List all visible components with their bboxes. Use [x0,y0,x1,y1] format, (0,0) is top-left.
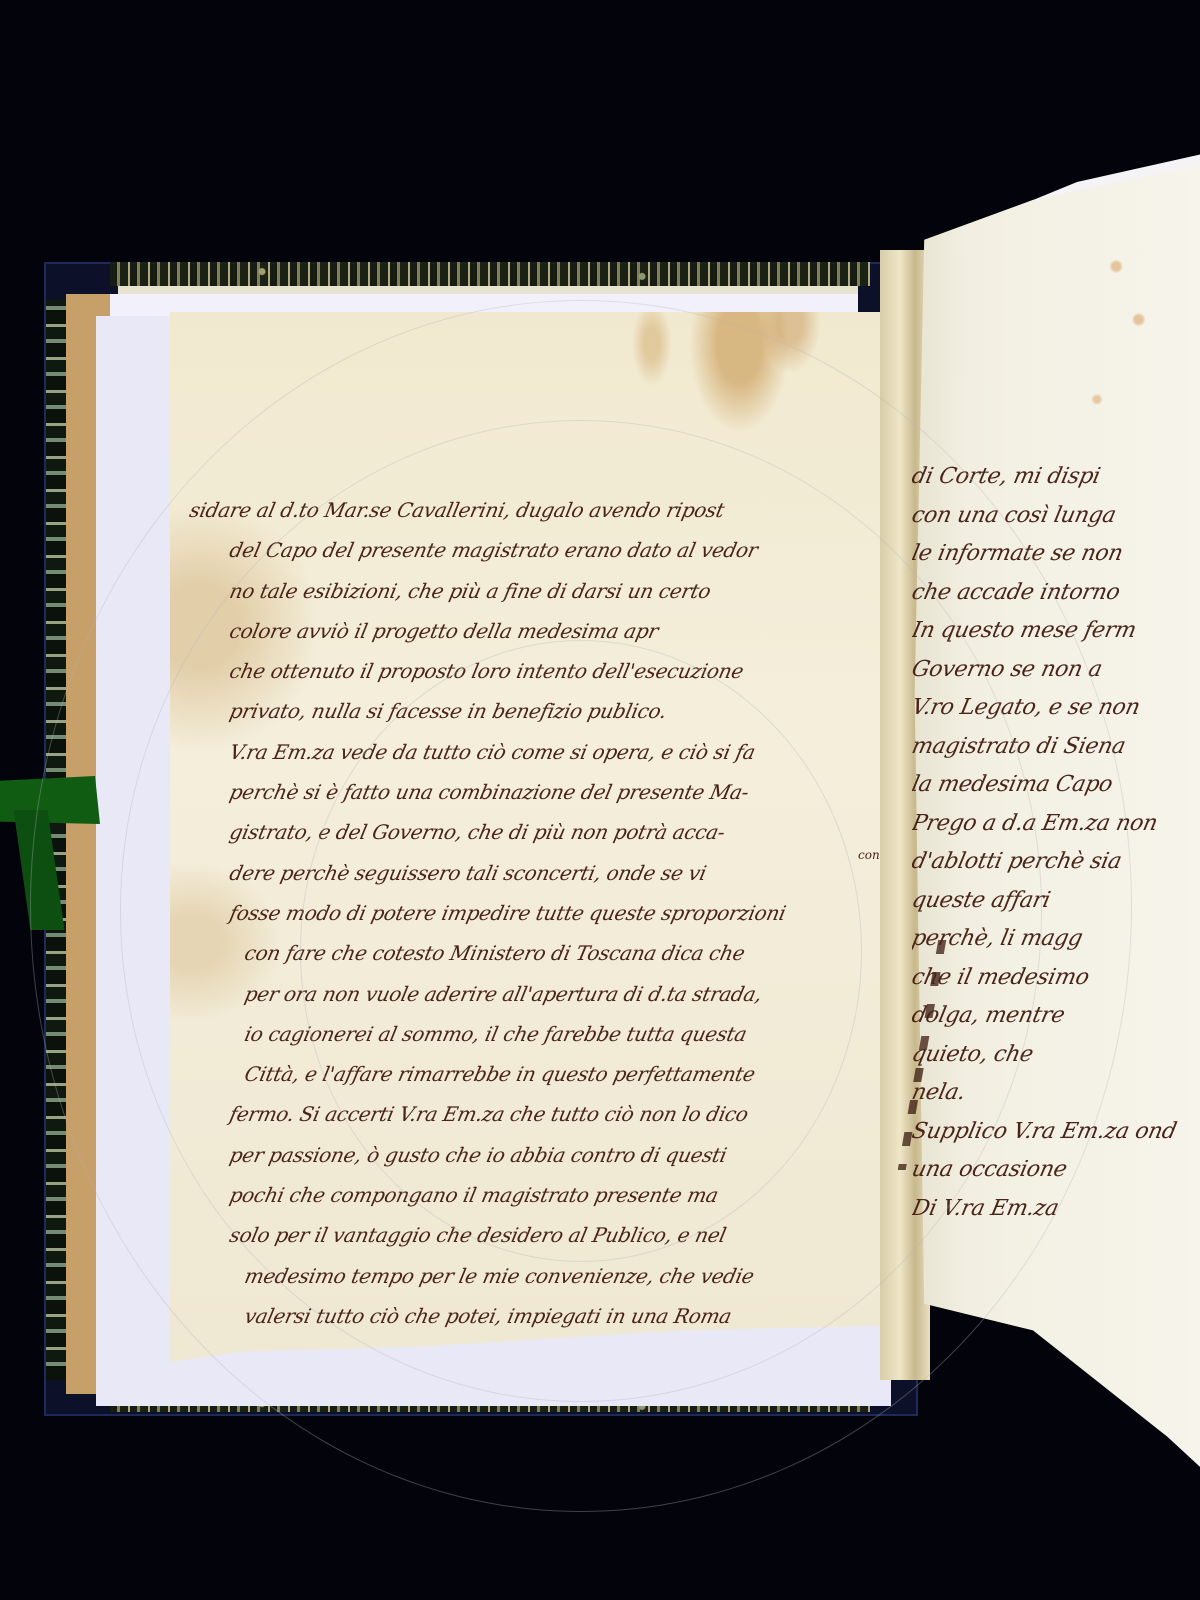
handwritten-line: V.ro Legato, e se non [912,689,1200,728]
handwritten-line: le informate se non [912,535,1200,574]
left-page-handwriting: sidare al d.to Mar.se Cavallerini, dugal… [190,490,895,1336]
handwritten-line: una occasione [912,1151,1200,1190]
handwritten-line: privato, nulla si facesse in benefizio p… [186,691,900,731]
handwritten-line: che il medesimo [912,959,1200,998]
handwritten-line: dere perchè seguissero tali sconcerti, o… [186,853,900,893]
handwritten-line: colore avviò il progetto della medesima … [186,611,900,651]
marbled-edge-top [110,262,870,286]
handwritten-line: Governo se non a [912,651,1200,690]
handwritten-line: del Capo del presente magistrato erano d… [186,530,900,570]
handwritten-line: pochi che compongano il magistrato prese… [186,1175,900,1215]
handwritten-line: gistrato, e del Governo, che di più non … [186,812,900,852]
right-page-handwriting: di Corte, mi dispi con una così lunga le… [912,458,1200,1228]
handwritten-line: con fare che cotesto Ministero di Toscan… [186,933,900,973]
handwritten-line: Prego a d.a Em.za non [912,805,1200,844]
handwritten-line: magistrato di Siena [912,728,1200,767]
handwritten-line: Supplico V.ra Em.za ond [912,1113,1200,1152]
handwritten-line: d'ablotti perchè sia [912,843,1200,882]
handwritten-line: per passione, ò gusto che io abbia contr… [186,1135,900,1175]
handwritten-line: sidare al d.to Mar.se Cavallerini, dugal… [186,490,900,530]
interlinear-insertion: con [858,848,880,862]
handwritten-line: per ora non vuole aderire all'apertura d… [186,974,900,1014]
handwritten-line: con una così lunga [912,497,1200,536]
handwritten-line: Di V.ra Em.za [912,1190,1200,1229]
handwritten-line: la medesima Capo [912,766,1200,805]
handwritten-line: Città, e l'affare rimarrebbe in questo p… [186,1054,900,1094]
handwritten-line: fosse modo di potere impedire tutte ques… [186,893,900,933]
handwritten-line: di Corte, mi dispi [912,458,1200,497]
handwritten-line: io cagionerei al sommo, il che farebbe t… [186,1014,900,1054]
handwritten-line: fermo. Si accerti V.ra Em.za che tutto c… [186,1094,900,1134]
handwritten-line: che accade intorno [912,574,1200,613]
handwritten-line: perchè si è fatto una combinazione del p… [186,772,900,812]
handwritten-line: no tale esibizioni, che più a fine di da… [186,571,900,611]
handwritten-line: nela. [912,1074,1200,1113]
handwritten-line: queste affari [912,882,1200,921]
handwritten-line: quieto, che [912,1036,1200,1075]
handwritten-line: dolga, mentre [912,997,1200,1036]
handwritten-line: perchè, li magg [912,920,1200,959]
handwritten-line: che ottenuto il proposto loro intento de… [186,651,900,691]
handwritten-line: V.ra Em.za vede da tutto ciò come si ope… [186,732,900,772]
handwritten-line: solo per il vantaggio che desidero al Pu… [186,1215,900,1255]
handwritten-line: medesimo tempo per le mie convenienze, c… [186,1256,900,1296]
handwritten-line: valersi tutto ciò che potei, impiegati i… [186,1296,900,1336]
handwritten-line: In questo mese ferm [912,612,1200,651]
